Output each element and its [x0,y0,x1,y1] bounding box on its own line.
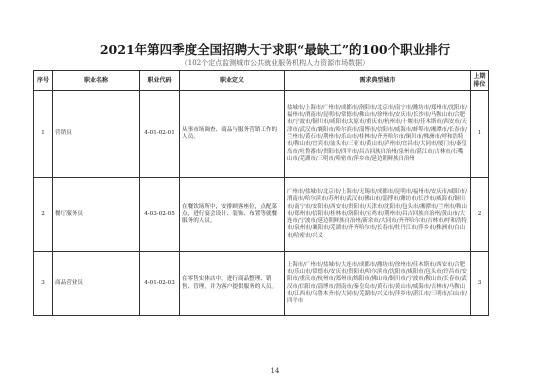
occupation-name-cell: 营销员 [53,91,140,178]
occupation-definition-cell: 在零售实体店中，进行商品整理、销售、管理，并为客户提供服务的人员。 [180,252,285,316]
table-header-row: 序号 职业名称 职业代码 职业定义 需求典型城市 上期排位 [34,71,489,91]
previous-rank-cell: 3 [471,252,489,316]
table-row: 1 营销员 4-01-02-01 从事市场调查、商品与服务营销工作的人员。 盐城… [34,91,489,178]
document-subtitle: （102个定点监测城市公共就业服务机构人力资源市场数据） [0,58,550,68]
table-row: 3 商品营业员 4-01-02-03 在零售实体店中，进行商品整理、销售、管理，… [34,252,489,316]
rank-cell: 2 [34,178,53,252]
header-occupation-definition: 职业定义 [180,71,285,91]
rank-cell: 3 [34,252,53,316]
document-title: 2021年第四季度全国招聘大于求职“最缺工”的100个职业排行 [0,40,550,58]
rank-cell: 1 [34,91,53,178]
typical-cities-cell: 盐城市/上海市/广州市/成都市/洛阳市/北京市/南宁市/潍坊市/郑州市/沈阳市/… [285,91,471,178]
occupation-name-cell: 商品营业员 [53,252,140,316]
occupation-code-cell: 4-01-02-03 [140,252,180,316]
page-number: 14 [0,367,550,375]
header-typical-cities: 需求典型城市 [285,71,471,91]
previous-rank-cell: 2 [471,178,489,252]
header-occupation-name: 职业名称 [53,71,140,91]
occupation-code-cell: 4-03-02-05 [140,178,180,252]
occupation-code-cell: 4-01-02-01 [140,91,180,178]
header-occupation-code: 职业代码 [140,71,180,91]
occupation-name-cell: 餐厅服务员 [53,178,140,252]
occupation-definition-cell: 从事市场调查、商品与服务营销工作的人员。 [180,91,285,178]
table-row: 2 餐厅服务员 4-03-02-05 在餐饮场所中，安排顾客座位，点配菜点，进行… [34,178,489,252]
previous-rank-cell: 1 [471,91,489,178]
header-previous-rank: 上期排位 [471,71,489,91]
occupation-ranking-table: 序号 职业名称 职业代码 职业定义 需求典型城市 上期排位 1 营销员 4-01… [33,70,489,316]
typical-cities-cell: 广州市/盐城市/北京市/上海市/无锡市/成都市/昆明市/福州市/安庆市/咸阳市/… [285,178,471,252]
occupation-definition-cell: 在餐饮场所中，安排顾客座位，点配菜点，进行宴会设计、装饰、布置等就餐服务的人员。 [180,178,285,252]
header-rank: 序号 [34,71,53,91]
typical-cities-cell: 上海市/广州市/盐城市/大连市/成都市/潍坊市/徐州市/佳木斯市/西安市/合肥市… [285,252,471,316]
